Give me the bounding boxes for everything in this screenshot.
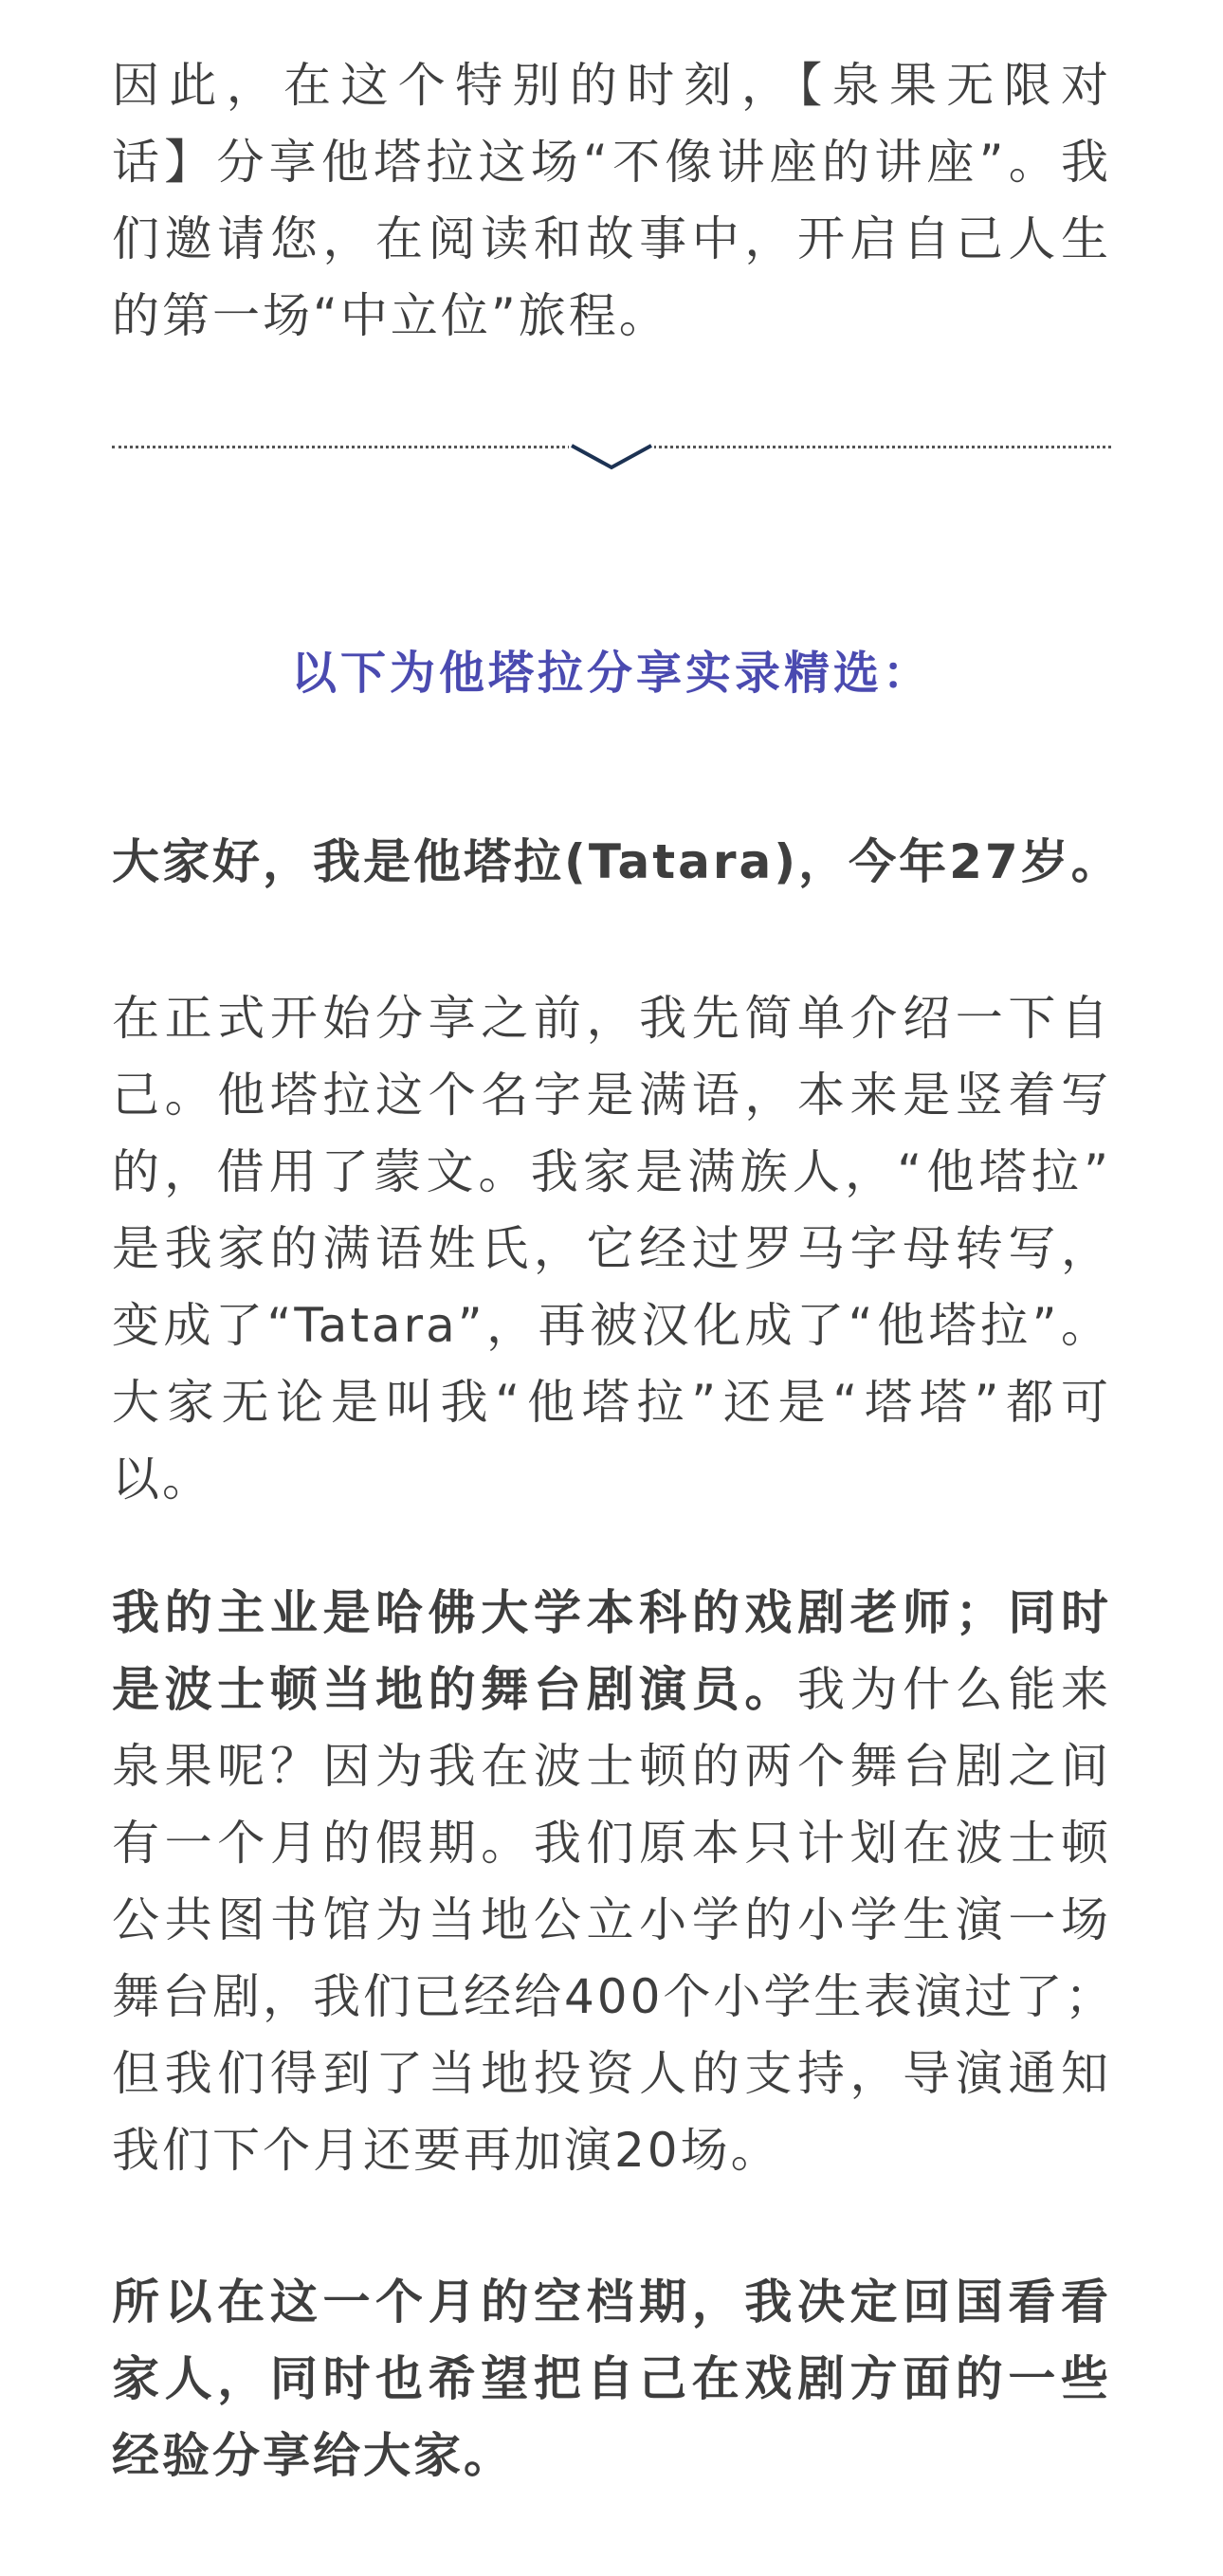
text-segment: 公共图书馆为当地公立小学的小学生演一场 bbox=[112, 1892, 1111, 1947]
text-line: 我的主业是哈佛大学本科的戏剧老师；同时 bbox=[112, 1575, 1111, 1652]
text-segment: 我为什么能来 bbox=[797, 1662, 1111, 1717]
text-segment: 是我家的满语姓氏，它经过罗马字母转写， bbox=[112, 1221, 1111, 1276]
text-line: 的第一场“中立位”旅程。 bbox=[112, 278, 1111, 355]
text-line: 是波士顿当地的舞台剧演员。我为什么能来 bbox=[112, 1652, 1111, 1728]
text-line: 以。 bbox=[112, 1441, 1111, 1518]
text-segment: 我的主业是哈佛大学本科的戏剧老师；同时 bbox=[112, 1585, 1111, 1640]
text-line: 家人，同时也希望把自己在戏剧方面的一些 bbox=[112, 2341, 1111, 2418]
text-segment: 在正式开始分享之前，我先简单介绍一下自 bbox=[112, 991, 1111, 1046]
greeting-paragraph: 大家好，我是他塔拉(Tatara)，今年27岁。 bbox=[112, 824, 1111, 901]
section-heading: 以下为他塔拉分享实录精选： bbox=[0, 635, 1223, 712]
text-line: 泉果呢？因为我在波士顿的两个舞台剧之间 bbox=[112, 1728, 1111, 1805]
text-segment: 我们下个月还要再加演20场。 bbox=[112, 2123, 781, 2178]
text-segment: 是波士顿当地的舞台剧演员。 bbox=[112, 1662, 797, 1717]
text-segment: 但我们得到了当地投资人的支持，导演通知 bbox=[112, 2046, 1111, 2101]
text-segment: 因此，在这个特别的时刻，【泉果无限对 bbox=[112, 58, 1111, 113]
text-line: 大家好，我是他塔拉(Tatara)，今年27岁。 bbox=[112, 824, 1111, 901]
text-segment: 家人，同时也希望把自己在戏剧方面的一些 bbox=[112, 2351, 1111, 2406]
chevron-down-icon bbox=[569, 438, 654, 476]
text-segment: 有一个月的假期。我们原本只计划在波士顿 bbox=[112, 1816, 1111, 1871]
text-line: 大家无论是叫我“他塔拉”还是“塔塔”都可 bbox=[112, 1364, 1111, 1441]
text-line: 己。他塔拉这个名字是满语，本来是竖着写 bbox=[112, 1057, 1111, 1134]
text-segment: 以。 bbox=[112, 1452, 212, 1507]
text-segment: 们邀请您，在阅读和故事中，开启自己人生 bbox=[112, 211, 1111, 266]
text-line: 舞台剧，我们已经给400个小学生表演过了； bbox=[112, 1959, 1111, 2036]
return-home-paragraph: 所以在这一个月的空档期，我决定回国看看 家人，同时也希望把自己在戏剧方面的一些 … bbox=[112, 2264, 1111, 2494]
text-line: 所以在这一个月的空档期，我决定回国看看 bbox=[112, 2264, 1111, 2341]
text-segment: 泉果呢？因为我在波士顿的两个舞台剧之间 bbox=[112, 1739, 1111, 1794]
text-line: 在正式开始分享之前，我先简单介绍一下自 bbox=[112, 980, 1111, 1057]
text-segment: 大家好，我是他塔拉(Tatara)，今年27岁。 bbox=[112, 834, 1122, 889]
text-line: 因此，在这个特别的时刻，【泉果无限对 bbox=[112, 47, 1111, 124]
text-segment: 的，借用了蒙文。我家是满族人，“他塔拉” bbox=[112, 1144, 1111, 1199]
text-line: 是我家的满语姓氏，它经过罗马字母转写， bbox=[112, 1211, 1111, 1288]
text-line: 我们下个月还要再加演20场。 bbox=[112, 2112, 1111, 2189]
text-line: 但我们得到了当地投资人的支持，导演通知 bbox=[112, 2036, 1111, 2112]
text-line: 话】分享他塔拉这场“不像讲座的讲座”。我 bbox=[112, 124, 1111, 201]
text-segment: 己。他塔拉这个名字是满语，本来是竖着写 bbox=[112, 1068, 1111, 1123]
text-line: 的，借用了蒙文。我家是满族人，“他塔拉” bbox=[112, 1134, 1111, 1211]
text-segment: 舞台剧，我们已经给400个小学生表演过了； bbox=[112, 1969, 1115, 2024]
text-line: 有一个月的假期。我们原本只计划在波士顿 bbox=[112, 1805, 1111, 1882]
name-intro-paragraph: 在正式开始分享之前，我先简单介绍一下自 己。他塔拉这个名字是满语，本来是竖着写 … bbox=[112, 980, 1111, 1518]
text-line: 经验分享给大家。 bbox=[112, 2418, 1111, 2494]
text-segment: 所以在这一个月的空档期，我决定回国看看 bbox=[112, 2275, 1111, 2329]
text-line: 公共图书馆为当地公立小学的小学生演一场 bbox=[112, 1882, 1111, 1959]
text-segment: 话】分享他塔拉这场“不像讲座的讲座”。我 bbox=[112, 135, 1111, 190]
occupation-paragraph: 我的主业是哈佛大学本科的戏剧老师；同时 是波士顿当地的舞台剧演员。我为什么能来 … bbox=[112, 1575, 1111, 2189]
text-line: 们邀请您，在阅读和故事中，开启自己人生 bbox=[112, 201, 1111, 278]
intro-paragraph: 因此，在这个特别的时刻，【泉果无限对 话】分享他塔拉这场“不像讲座的讲座”。我 … bbox=[112, 47, 1111, 355]
text-segment: 经验分享给大家。 bbox=[112, 2428, 514, 2483]
text-segment: 大家无论是叫我“他塔拉”还是“塔塔”都可 bbox=[112, 1375, 1111, 1430]
text-line: 变成了“Tatara”，再被汉化成了“他塔拉”。 bbox=[112, 1288, 1111, 1364]
text-segment: 变成了“Tatara”，再被汉化成了“他塔拉”。 bbox=[112, 1298, 1111, 1353]
text-segment: 的第一场“中立位”旅程。 bbox=[112, 288, 669, 343]
